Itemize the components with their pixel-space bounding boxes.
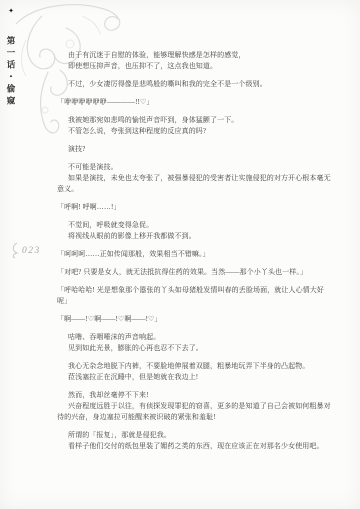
text-line: 然而，我却丝毫停不下来! (57, 390, 332, 401)
text-line: 如果是演技，未免也太夸张了，被强暴侵犯的受害者让实施侵犯的对方开心根本毫无 (57, 173, 332, 184)
text-line: 我心无杂念地脱下内裤，不要脸地伸展着双腿，粗暴地玩弄下半身的凸起物。 (57, 361, 332, 372)
text-line: 由于有沉迷于自慰的体验，能够理解快感是怎样的感觉， (57, 50, 332, 61)
text-line: 兴奋程度远胜于以往，有侦探发现罪犯的窃喜，更多的是知道了自己会被如何粗暴对 (57, 401, 332, 412)
text-line: 咕噜、吞咽唾沫的声音响起。 (57, 332, 332, 343)
text-line: 不可能是演技。 (57, 162, 332, 173)
text-line: 「咿咿咿咿咿咿————!!♡」 (57, 97, 332, 108)
text-line: 见到如此光景，膨胀的心再也忍不下去了。 (57, 343, 332, 354)
text-line: 待的兴奋，身边塞拉可能醒来被识破的紧张和羞耻! (57, 412, 332, 423)
text-line: 不觉间，呼吸就变得急促。 (57, 220, 332, 231)
page-number-flourish-icon (10, 242, 20, 259)
text-line: 「啊——!♡啊——!♡啊——!♡」 (57, 314, 332, 325)
main-text: 由于有沉迷于自慰的体验，能够理解快感是怎样的感觉，即使想压抑声音，也压抑不了，这… (57, 50, 332, 452)
text-line: 看样子他们交付的纸包里装了媚药之类的东西，现在应该正在对那名少女使用吧。 (57, 441, 332, 452)
book-page: ✦ 第一话・偷窥 023 由于有沉迷于自慰的体验，能够理解快感是怎样的感觉，即使… (0, 0, 360, 509)
text-line: 「呼啊! 呼啊……!」 (57, 202, 332, 213)
chapter-title: 第一话・偷窥 (6, 36, 16, 108)
text-line: 「对吧? 只要是女人，就无法抵抗得住药的效果。当然——那个小丫头也一样。」 (57, 267, 332, 278)
text-line: 「呼哈哈哈! 光是想象那个嚣张的丫头如母猪般发情叫春的丢脸场面，就让人心情大好 (57, 285, 332, 296)
chapter-heading: ✦ 第一话・偷窥 (3, 7, 19, 108)
text-line: 「呵呵呵……正如传闻那般，效果相当不错嘛。」 (57, 249, 332, 260)
text-line: 我被她那宛如悲鸣的愉悦声音吓到，身体猛颤了一下。 (57, 115, 332, 126)
text-line: 不过，少女凄厉得像是悲鸣般的嘶叫和我的完全不是一个级别。 (57, 79, 332, 90)
text-line: 所谓的「报复」，那就是侵犯我。 (57, 430, 332, 441)
text-line: 即使想压抑声音，也压抑不了，这点我也知道。 (57, 61, 332, 72)
text-line: 呢」 (57, 296, 332, 307)
text-line: 演技? (57, 144, 332, 155)
page-number-block: 023 (10, 242, 41, 259)
chapter-marker-icon: ✦ (7, 7, 15, 19)
text-line: 不管怎么说，夸张到这种程度的反应真的吗? (57, 126, 332, 137)
text-line: 将视线从眼前的影像上移开我都做不到。 (57, 231, 332, 242)
text-line: 菈浅塞拉正在沉睡中，但是她就在我边上! (57, 372, 332, 383)
text-line: 意义。 (57, 184, 332, 195)
page-number: 023 (22, 246, 41, 256)
